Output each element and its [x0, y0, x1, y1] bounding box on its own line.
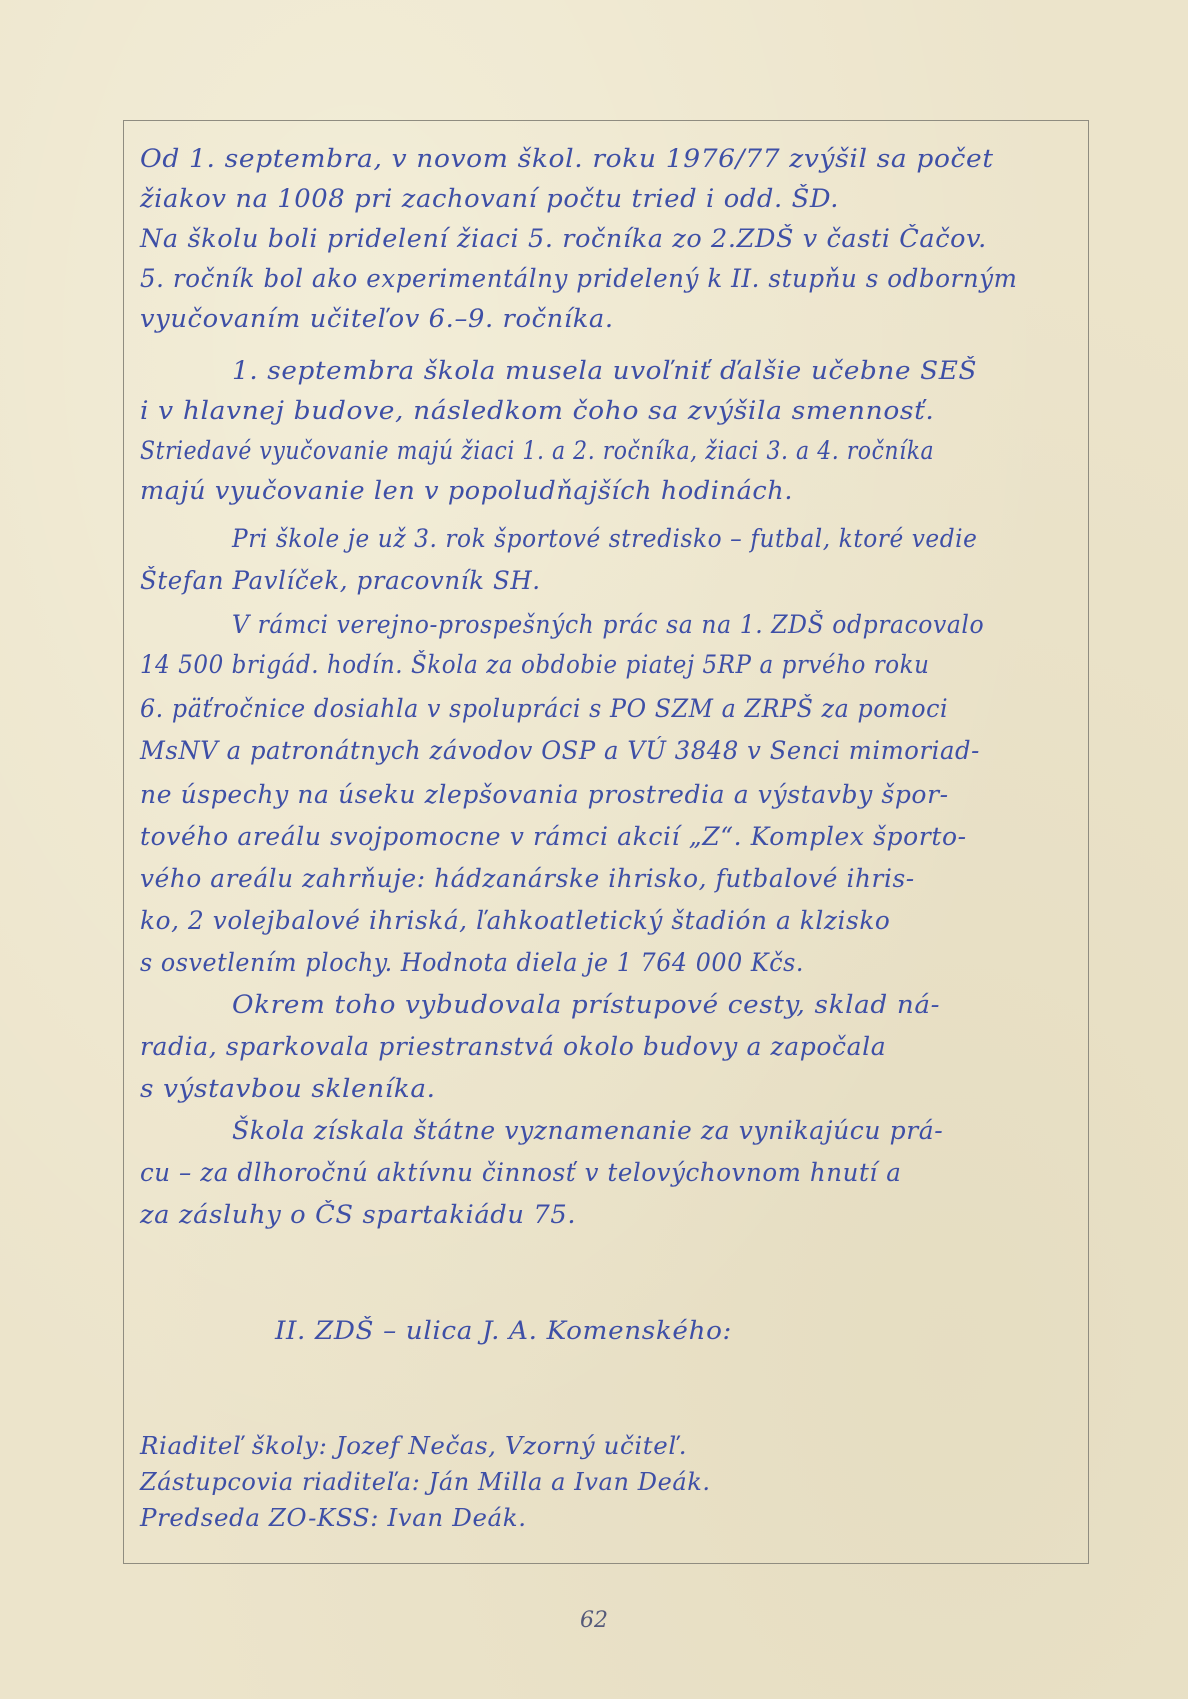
- text-line: za zásluhy o ČS spartakiádu 75.: [140, 1202, 576, 1227]
- page-number: 62: [0, 1608, 1188, 1633]
- text-line: 5. ročník bol ako experimentálny pridele…: [140, 266, 1017, 291]
- text-line: vého areálu zahrňuje: hádzanárske ihrisk…: [140, 866, 915, 891]
- text-line: 1. septembra škola musela uvoľniť ďalšie…: [232, 358, 977, 383]
- text-line: Od 1. septembra, v novom škol. roku 1976…: [140, 146, 994, 171]
- text-line: V rámci verejno-prospešných prác sa na 1…: [232, 612, 984, 637]
- text-line: majú vyučovanie len v popoludňajších hod…: [140, 478, 793, 503]
- text-line: Škola získala štátne vyznamenanie za vyn…: [232, 1118, 943, 1143]
- text-line: žiakov na 1008 pri zachovaní počtu tried…: [140, 186, 839, 211]
- text-line: Striedavé vyučovanie majú žiaci 1. a 2. …: [140, 438, 934, 463]
- text-line: cu – za dlhoročnú aktívnu činnosť v telo…: [140, 1160, 901, 1185]
- text-line: ne úspechy na úseku zlepšovania prostred…: [140, 782, 949, 807]
- text-line: Pri škole je už 3. rok športové stredisk…: [232, 526, 977, 551]
- text-line: 6. päťročnice dosiahla v spolupráci s PO…: [140, 696, 948, 721]
- staff-line-deputies: Zástupcovia riaditeľa: Ján Milla a Ivan …: [140, 1470, 711, 1494]
- text-line: Na školu boli pridelení žiaci 5. ročníka…: [140, 226, 987, 251]
- text-line: ko, 2 volejbalové ihriská, ľahkoatletick…: [140, 908, 890, 933]
- staff-line-party-chair: Predseda ZO-KSS: Ivan Deák.: [140, 1506, 527, 1530]
- text-line: i v hlavnej budove, následkom čoho sa zv…: [140, 398, 934, 423]
- staff-line-director: Riaditeľ školy: Jozef Nečas, Vzorný učit…: [140, 1434, 687, 1458]
- text-line: s osvetlením plochy. Hodnota diela je 1 …: [140, 950, 804, 975]
- text-line: vyučovaním učiteľov 6.–9. ročníka.: [140, 306, 614, 331]
- section-heading: II. ZDŠ – ulica J. A. Komenského:: [275, 1318, 732, 1343]
- text-line: Okrem toho vybudovala prístupové cesty, …: [232, 992, 940, 1017]
- text-line: tového areálu svojpomocne v rámci akcií …: [140, 824, 967, 849]
- text-line: MsNV a patronátnych závodov OSP a VÚ 384…: [140, 738, 980, 763]
- text-line: 14 500 brigád. hodín. Škola za obdobie p…: [140, 652, 930, 677]
- text-line: radia, sparkovala priestranstvá okolo bu…: [140, 1034, 886, 1059]
- text-line: Štefan Pavlíček, pracovník SH.: [140, 568, 541, 593]
- text-line: s výstavbou skleníka.: [140, 1076, 436, 1101]
